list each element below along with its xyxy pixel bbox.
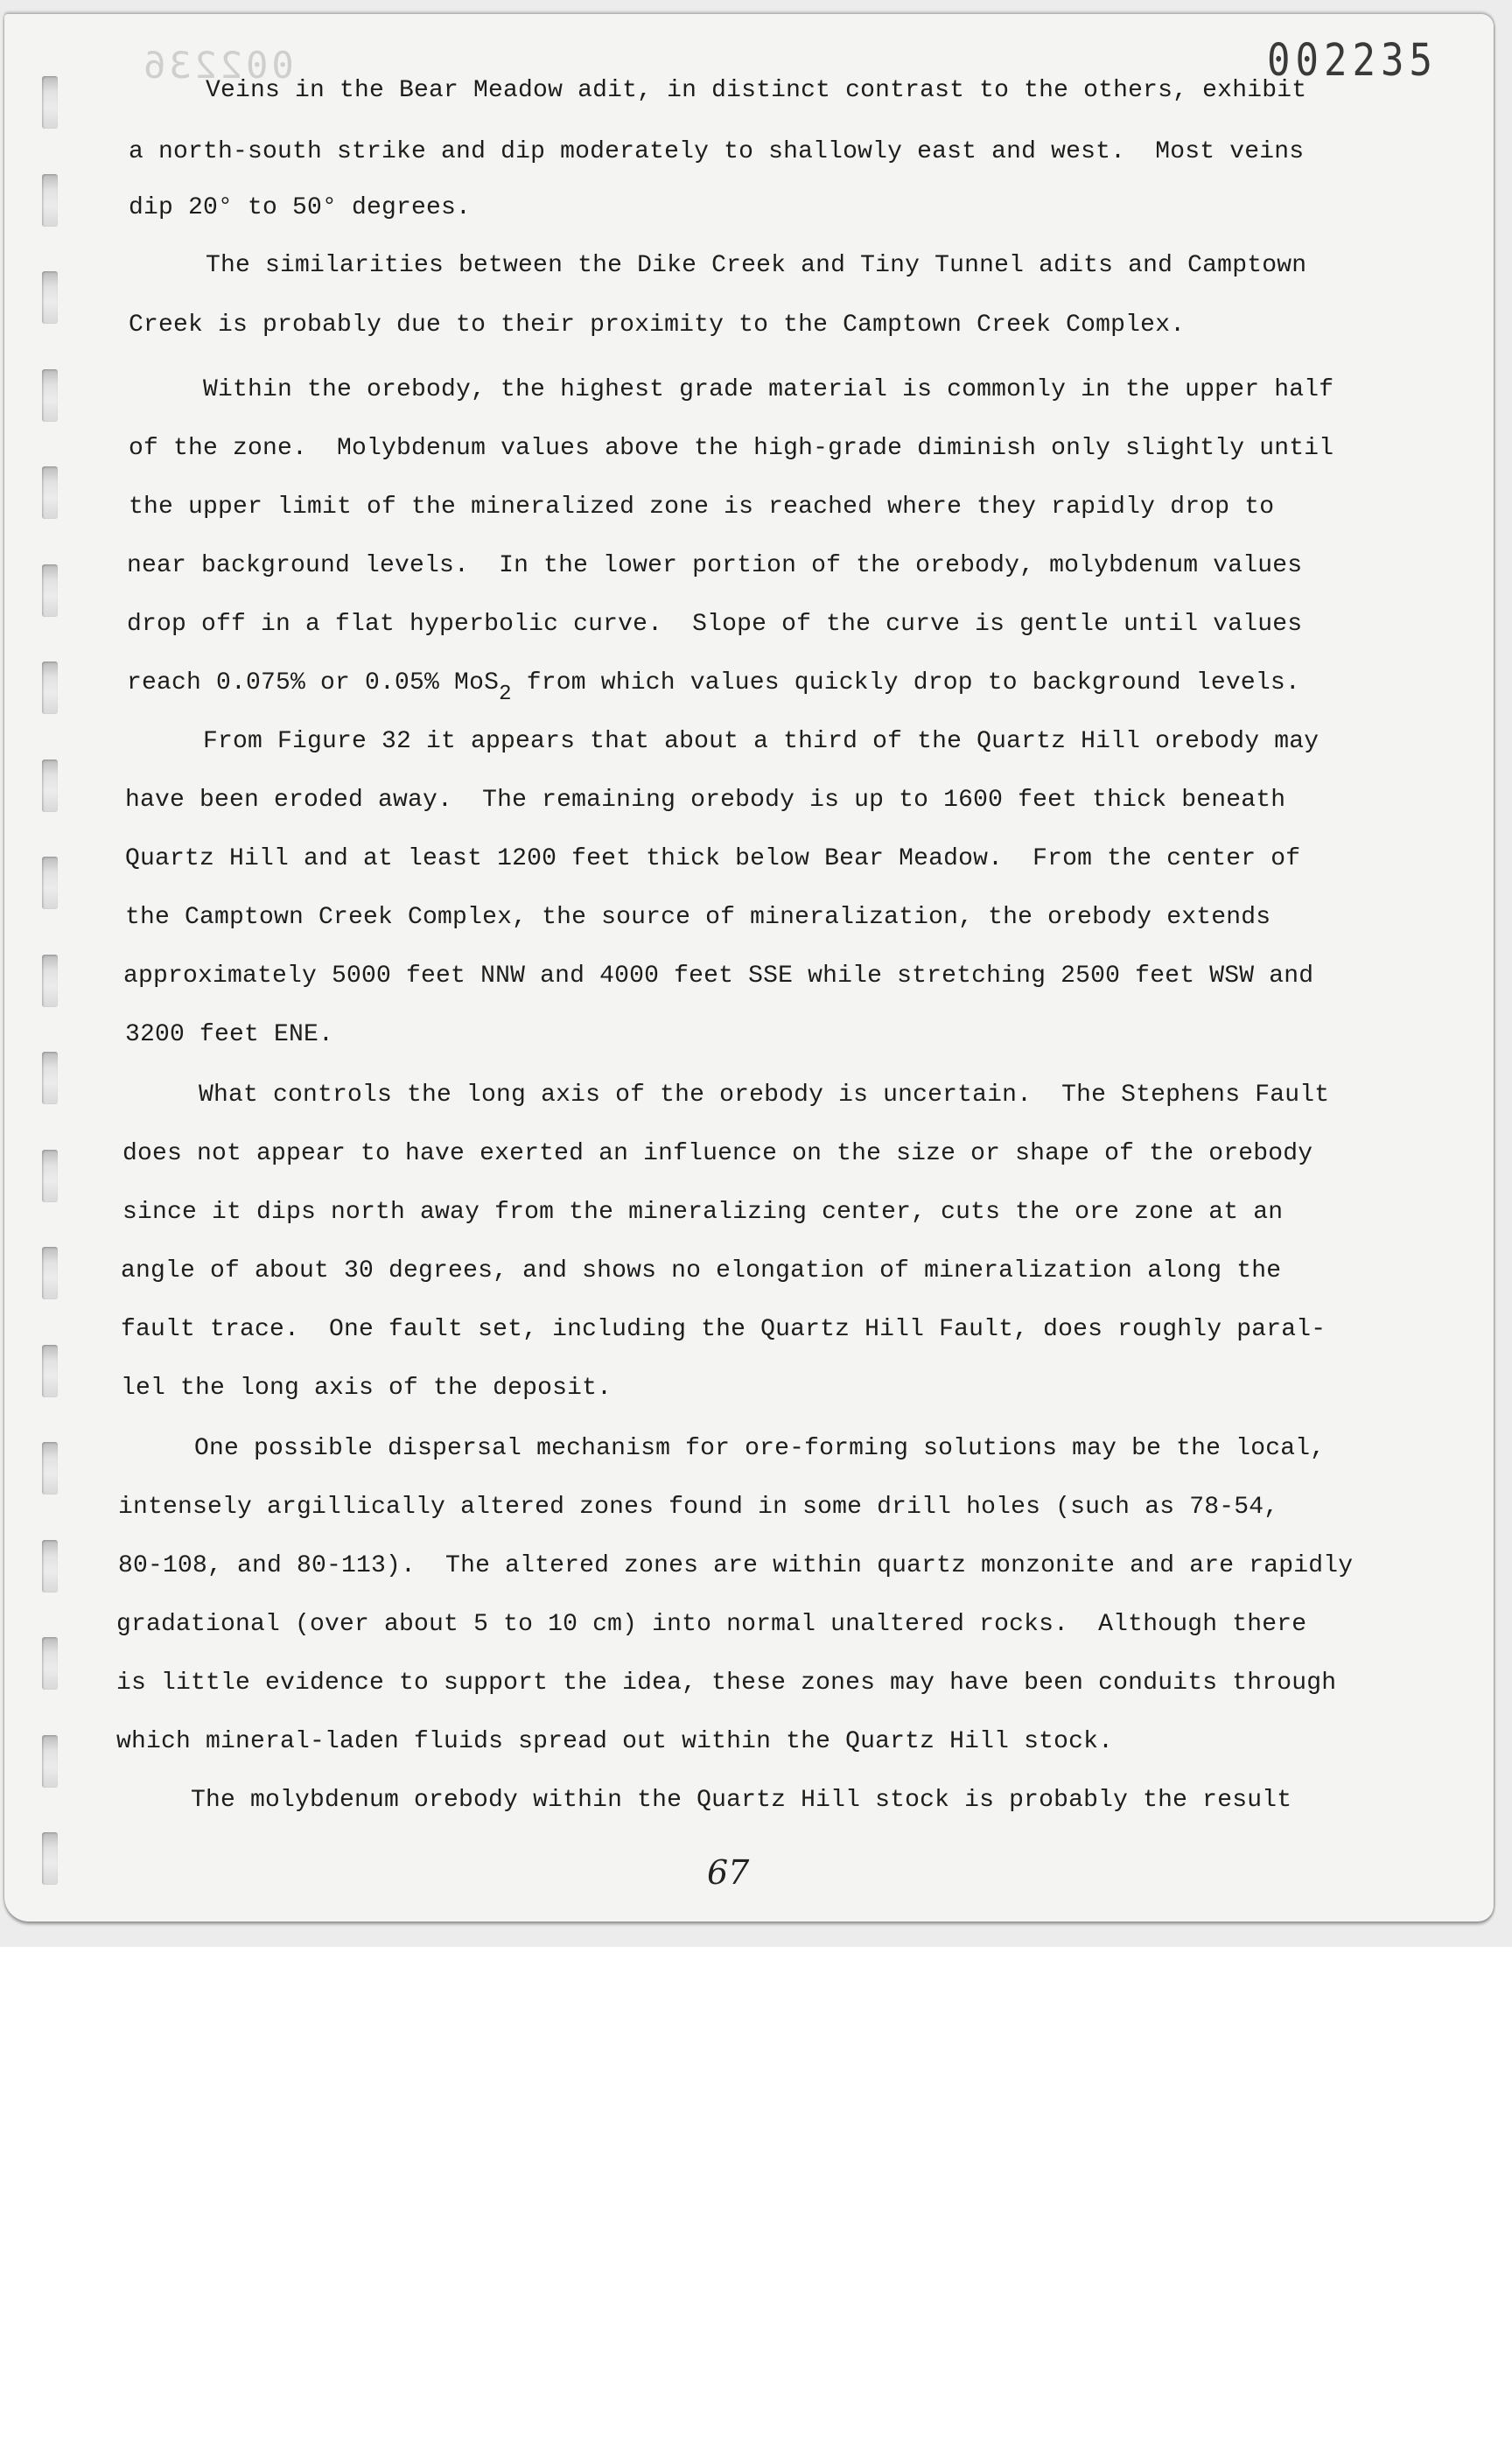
punch-hole	[42, 1832, 58, 1885]
text-line: Creek is probably due to their proximity…	[129, 311, 1185, 339]
text-line: is little evidence to support the idea, …	[116, 1669, 1336, 1697]
text-line: What controls the long axis of the orebo…	[199, 1081, 1329, 1109]
punch-hole	[42, 759, 58, 812]
punch-hole	[42, 174, 58, 227]
text-line: 80-108, and 80-113). The altered zones a…	[118, 1552, 1353, 1579]
punch-hole	[42, 1540, 58, 1592]
punch-hole	[42, 857, 58, 909]
text-line: have been eroded away. The remaining ore…	[125, 787, 1285, 814]
punch-hole	[42, 271, 58, 324]
text-line: angle of about 30 degrees, and shows no …	[121, 1257, 1281, 1284]
text-line: dip 20° to 50° degrees.	[129, 194, 471, 221]
text-line: the Camptown Creek Complex, the source o…	[125, 904, 1270, 931]
text-line: Quartz Hill and at least 1200 feet thick…	[125, 845, 1300, 872]
text-line: intensely argillically altered zones fou…	[118, 1494, 1278, 1521]
text-line: One possible dispersal mechanism for ore…	[194, 1435, 1325, 1462]
punch-hole	[42, 1345, 58, 1397]
text-line: of the zone. Molybdenum values above the…	[129, 435, 1333, 462]
text-line: Veins in the Bear Meadow adit, in distin…	[206, 77, 1306, 104]
text-line: does not appear to have exerted an influ…	[122, 1140, 1312, 1167]
punch-hole	[42, 1052, 58, 1104]
punch-hole	[42, 1247, 58, 1299]
text-line: The molybdenum orebody within the Quartz…	[191, 1787, 1291, 1814]
text-line: lel the long axis of the deposit.	[121, 1375, 612, 1402]
text-line: fault trace. One fault set, including th…	[121, 1316, 1326, 1343]
text-line: a north-south strike and dip moderately …	[129, 138, 1304, 165]
punch-hole	[42, 1735, 58, 1788]
punch-hole	[42, 1150, 58, 1202]
text-line: the upper limit of the mineralized zone …	[129, 493, 1274, 521]
punch-hole	[42, 466, 58, 519]
text-line: approximately 5000 feet NNW and 4000 fee…	[123, 962, 1313, 990]
punch-hole	[42, 564, 58, 617]
text-line: near background levels. In the lower por…	[127, 552, 1302, 579]
text-line: since it dips north away from the minera…	[122, 1199, 1283, 1226]
punch-hole	[42, 369, 58, 422]
text-line: gradational (over about 5 to 10 cm) into…	[116, 1611, 1306, 1638]
text-line: Within the orebody, the highest grade ma…	[203, 376, 1333, 403]
text-line: The similarities between the Dike Creek …	[206, 252, 1306, 279]
punch-hole	[42, 955, 58, 1007]
page-number: 67	[707, 1853, 749, 1892]
text-line: which mineral-laden fluids spread out wi…	[116, 1728, 1113, 1755]
punch-hole	[42, 661, 58, 714]
text-line: drop off in a flat hyperbolic curve. Slo…	[127, 611, 1302, 638]
punch-hole	[42, 76, 58, 129]
text-line: reach 0.075% or 0.05% MoS2 from which va…	[127, 669, 1300, 706]
text-line: 3200 feet ENE.	[125, 1021, 333, 1048]
punch-hole	[42, 1637, 58, 1690]
text-line: From Figure 32 it appears that about a t…	[203, 728, 1319, 755]
punch-hole	[42, 1442, 58, 1494]
